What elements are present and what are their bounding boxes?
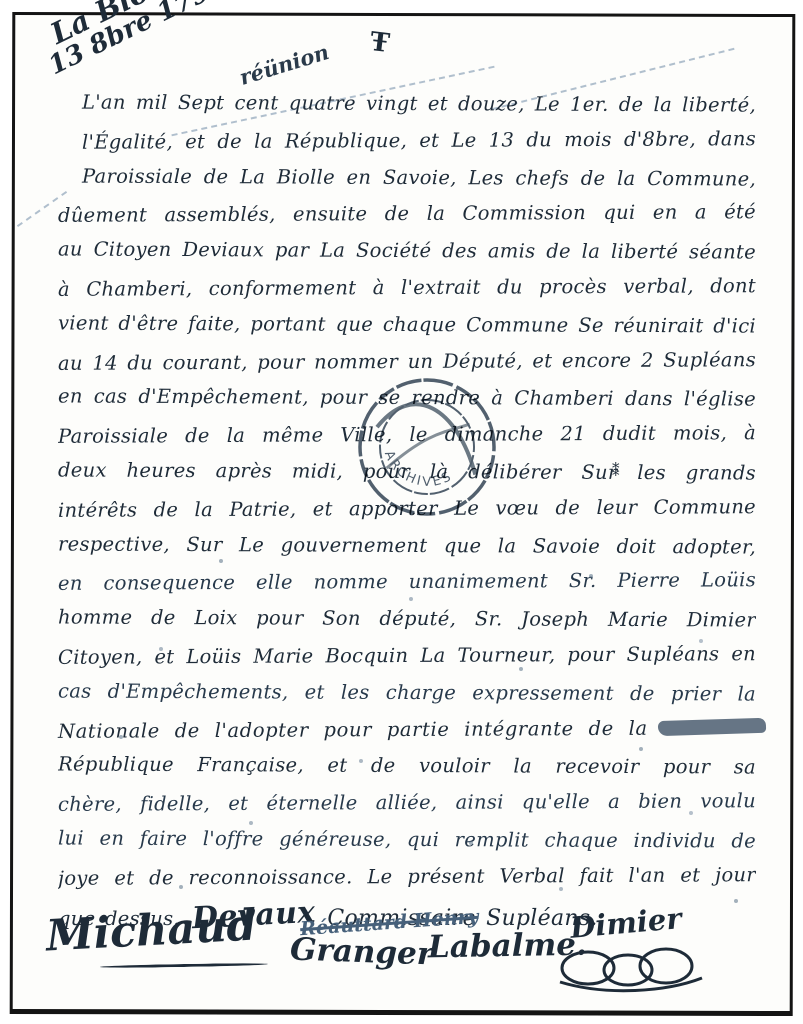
manuscript-line: homme de Loix pour Son député, Sr. Josep…: [58, 600, 756, 640]
manuscript-line: au Citoyen Deviaux par La Société des am…: [58, 232, 756, 272]
manuscript-line: dûement assemblés, ensuite de la Commiss…: [58, 195, 756, 235]
manuscript-line: lui en faire l'offre généreuse, qui remp…: [58, 820, 756, 860]
scan-noise-speckles: [0, 0, 2, 2]
ink-blot-redaction: [657, 717, 765, 735]
archives-round-stamp: ARCHIVES: [338, 358, 516, 536]
manuscript-line-text: Nationale de l'adopter pour partie intég…: [58, 716, 648, 742]
manuscript-line: cas d'Empêchements, et les charge expres…: [58, 673, 756, 713]
manuscript-line: en consequence elle nomme unanimement Sr…: [58, 563, 756, 603]
cross-paraph-mark: Ŧ: [368, 27, 391, 59]
manuscript-line: vient d'être faite, portant que chaque C…: [58, 305, 756, 345]
manuscript-line: à Chamberi, conformement à l'extrait du …: [58, 268, 756, 308]
manuscript-line-with-ink-blot: Nationale de l'adopter pour partie intég…: [58, 710, 756, 750]
manuscript-line: L'an mil Sept cent quatre vingt et douze…: [58, 84, 756, 124]
granger-signature: Granger: [289, 932, 433, 973]
manuscript-line: l'Égalité, et de la République, et Le 13…: [58, 121, 756, 161]
manuscript-line: joye et de reconnoissance. Le présent Ve…: [58, 857, 756, 897]
manuscript-line: Paroissiale de La Biolle en Savoie, Les …: [58, 158, 756, 198]
insertion-mark: ⁑: [612, 462, 620, 480]
manuscript-line: Citoyen, et Loüis Marie Bocquin La Tourn…: [58, 636, 756, 676]
scanned-manuscript-page: La Biolle 13 8bre 1792 réünion Ŧ L'an mi…: [0, 0, 803, 1024]
manuscript-line: République Française, et de vouloir la r…: [58, 747, 756, 787]
manuscript-line: chère, fidelle, et éternelle alliée, ain…: [58, 783, 756, 823]
manuscript-line: respective, Sur Le gouvernement que la S…: [58, 526, 756, 566]
dimier-flourish-loops: [556, 938, 706, 1000]
